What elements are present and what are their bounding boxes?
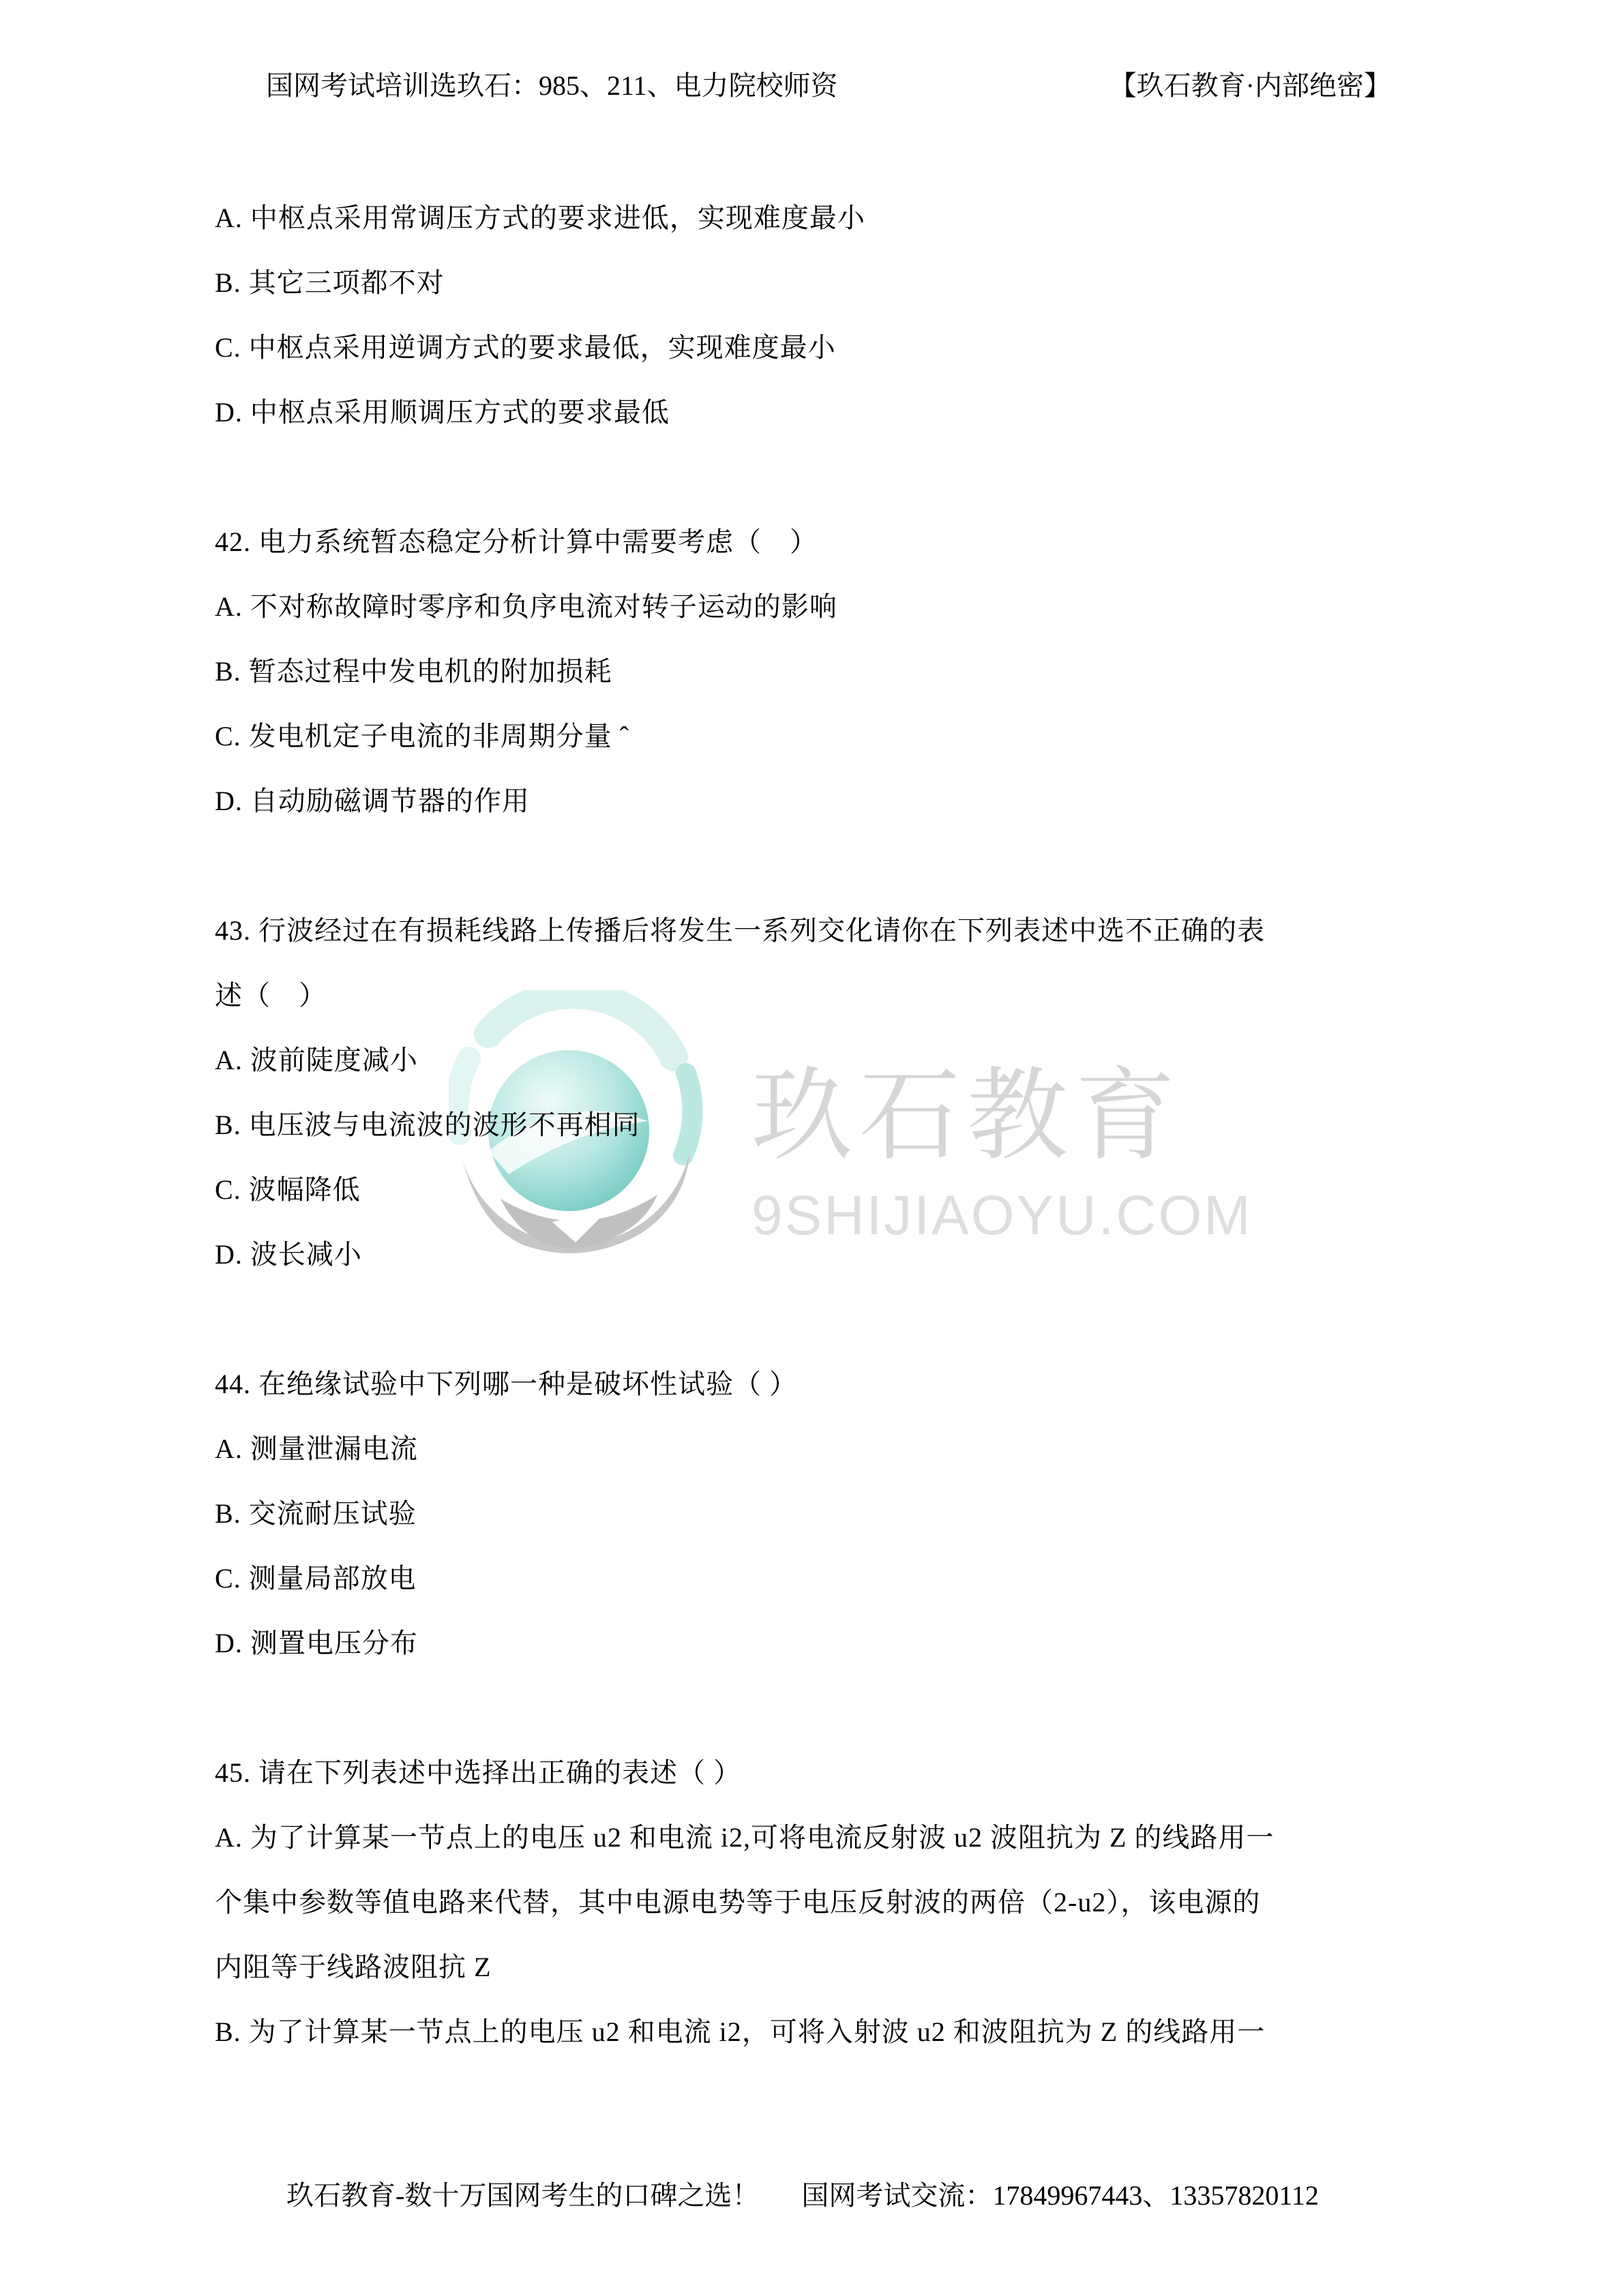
q41-option-c: C. 中枢点采用逆调方式的要求最低，实现难度最小	[215, 315, 1274, 380]
q45-option-a-line-3: 内阻等于线路波阻抗 Z	[215, 1935, 1274, 1999]
q44-option-a: A. 测量泄漏电流	[215, 1416, 1274, 1481]
q44-option-b: B. 交流耐压试验	[215, 1481, 1274, 1546]
q43-stem-line-2: 述（ ）	[215, 963, 1274, 1028]
q41-option-a: A. 中枢点采用常调压方式的要求进低，实现难度最小	[215, 185, 1274, 250]
q41-option-d: D. 中枢点采用顺调压方式的要求最低	[215, 380, 1274, 445]
footer-slogan: 玖石教育-数十万国网考生的口碑之选！	[286, 2180, 759, 2211]
footer-contact: 国网考试交流：17849967443、13357820112	[801, 2180, 1319, 2211]
q45-stem: 45. 请在下列表述中选择出正确的表述（ ）	[215, 1740, 1274, 1805]
q43-option-b: B. 电压波与电流波的波形不再相同	[215, 1092, 1274, 1157]
header-right-text: 【玖石教育·内部绝密】	[1110, 67, 1391, 105]
q44-option-c: C. 测量局部放电	[215, 1546, 1274, 1611]
q42-option-c: C. 发电机定子电流的非周期分量 ˆ	[215, 704, 1274, 769]
question-43: 43. 行波经过在有损耗线路上传播后将发生一系列交化请你在下列表述中选不正确的表…	[215, 898, 1274, 1287]
header-left-text: 国网考试培训选玖石：985、211、电力院校师资	[266, 67, 838, 105]
q43-option-d: D. 波长减小	[215, 1222, 1274, 1287]
q44-stem: 44. 在绝缘试验中下列哪一种是破坏性试验（ ）	[215, 1352, 1274, 1416]
q41-option-b: B. 其它三项都不对	[215, 250, 1274, 315]
q45-option-b-line-1: B. 为了计算某一节点上的电压 u2 和电流 i2，可将入射波 u2 和波阻抗为…	[215, 1999, 1274, 2064]
question-41-options: A. 中枢点采用常调压方式的要求进低，实现难度最小 B. 其它三项都不对 C. …	[215, 185, 1274, 445]
q43-option-a: A. 波前陡度减小	[215, 1028, 1274, 1092]
page-footer: 玖石教育-数十万国网考生的口碑之选！ 国网考试交流：17849967443、13…	[286, 2177, 1319, 2215]
question-44: 44. 在绝缘试验中下列哪一种是破坏性试验（ ） A. 测量泄漏电流 B. 交流…	[215, 1352, 1274, 1675]
q44-option-d: D. 测置电压分布	[215, 1611, 1274, 1675]
question-42: 42. 电力系统暂态稳定分析计算中需要考虑（ ） A. 不对称故障时零序和负序电…	[215, 509, 1274, 833]
q42-option-a: A. 不对称故障时零序和负序电流对转子运动的影响	[215, 574, 1274, 639]
q43-stem-line-1: 43. 行波经过在有损耗线路上传播后将发生一系列交化请你在下列表述中选不正确的表	[215, 898, 1274, 963]
exam-page-body: A. 中枢点采用常调压方式的要求进低，实现难度最小 B. 其它三项都不对 C. …	[215, 185, 1274, 2129]
question-45: 45. 请在下列表述中选择出正确的表述（ ） A. 为了计算某一节点上的电压 u…	[215, 1740, 1274, 2064]
q42-stem: 42. 电力系统暂态稳定分析计算中需要考虑（ ）	[215, 509, 1274, 574]
q45-option-a-line-1: A. 为了计算某一节点上的电压 u2 和电流 i2,可将电流反射波 u2 波阻抗…	[215, 1805, 1274, 1870]
q42-option-b: B. 暂态过程中发电机的附加损耗	[215, 639, 1274, 704]
q43-option-c: C. 波幅降低	[215, 1157, 1274, 1222]
q42-option-d: D. 自动励磁调节器的作用	[215, 769, 1274, 833]
q45-option-a-line-2: 个集中参数等值电路来代替，其中电源电势等于电压反射波的两倍（2-u2），该电源的	[215, 1870, 1274, 1935]
